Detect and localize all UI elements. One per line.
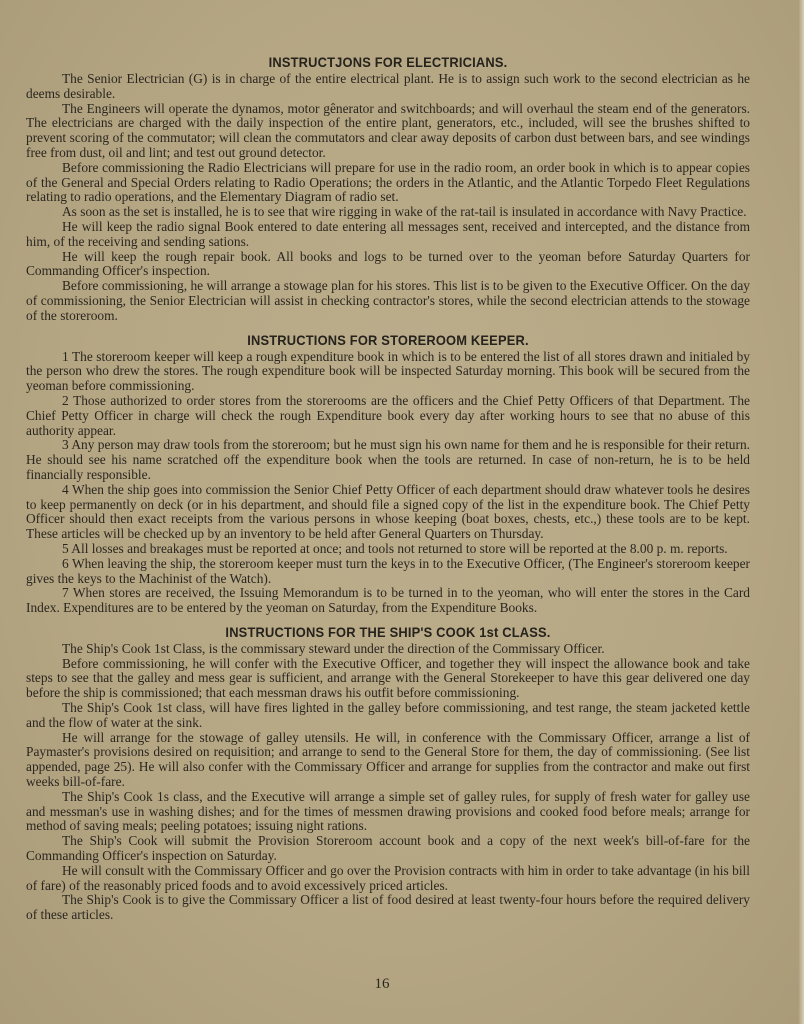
paragraph: 2 Those authorized to order stores from … [26, 394, 750, 438]
section-heading: INSTRUCTJONS FOR ELECTRICIANS. [55, 54, 721, 70]
page-edge [798, 0, 804, 1024]
section-heading: INSTRUCTIONS FOR THE SHIP'S COOK 1st CLA… [55, 624, 721, 640]
paragraph: He will keep the radio signal Book enter… [26, 220, 750, 250]
paragraph: The Ship's Cook 1st class, will have fir… [26, 701, 750, 731]
paragraph: The Ship's Cook will submit the Provisio… [26, 834, 750, 864]
document-page: INSTRUCTJONS FOR ELECTRICIANS. The Senio… [26, 54, 750, 931]
paragraph: 6 When leaving the ship, the storeroom k… [26, 557, 750, 587]
paragraph: He will arrange for the stowage of galle… [26, 731, 750, 790]
paragraph: 1 The storeroom keeper will keep a rough… [26, 350, 750, 394]
paragraph: Before commissioning the Radio Electrici… [26, 161, 750, 205]
paragraph: As soon as the set is installed, he is t… [26, 205, 750, 220]
paragraph: Before commissioning, he will arrange a … [26, 279, 750, 323]
paragraph: 5 All losses and breakages must be repor… [26, 542, 750, 557]
paragraph: The Ship's Cook is to give the Commissar… [26, 893, 750, 923]
paragraph: He will consult with the Commissary Offi… [26, 864, 750, 894]
paragraph: 4 When the ship goes into commission the… [26, 483, 750, 542]
paragraph: The Ship's Cook 1st Class, is the commis… [26, 642, 750, 657]
section-storeroom-keeper: INSTRUCTIONS FOR STOREROOM KEEPER. 1 The… [26, 332, 750, 616]
paragraph: He will keep the rough repair book. All … [26, 250, 750, 280]
section-ships-cook: INSTRUCTIONS FOR THE SHIP'S COOK 1st CLA… [26, 624, 750, 923]
paragraph: The Ship's Cook 1s class, and the Execut… [26, 790, 750, 834]
paragraph: Before commissioning, he will confer wit… [26, 657, 750, 701]
page-number: 16 [0, 976, 764, 993]
section-heading: INSTRUCTIONS FOR STOREROOM KEEPER. [55, 332, 721, 348]
paragraph: The Engineers will operate the dynamos, … [26, 102, 750, 161]
paragraph: The Senior Electrician (G) is in charge … [26, 72, 750, 102]
section-electricians: INSTRUCTJONS FOR ELECTRICIANS. The Senio… [26, 54, 750, 324]
paragraph: 7 When stores are received, the Issuing … [26, 586, 750, 616]
paragraph: 3 Any person may draw tools from the sto… [26, 438, 750, 482]
